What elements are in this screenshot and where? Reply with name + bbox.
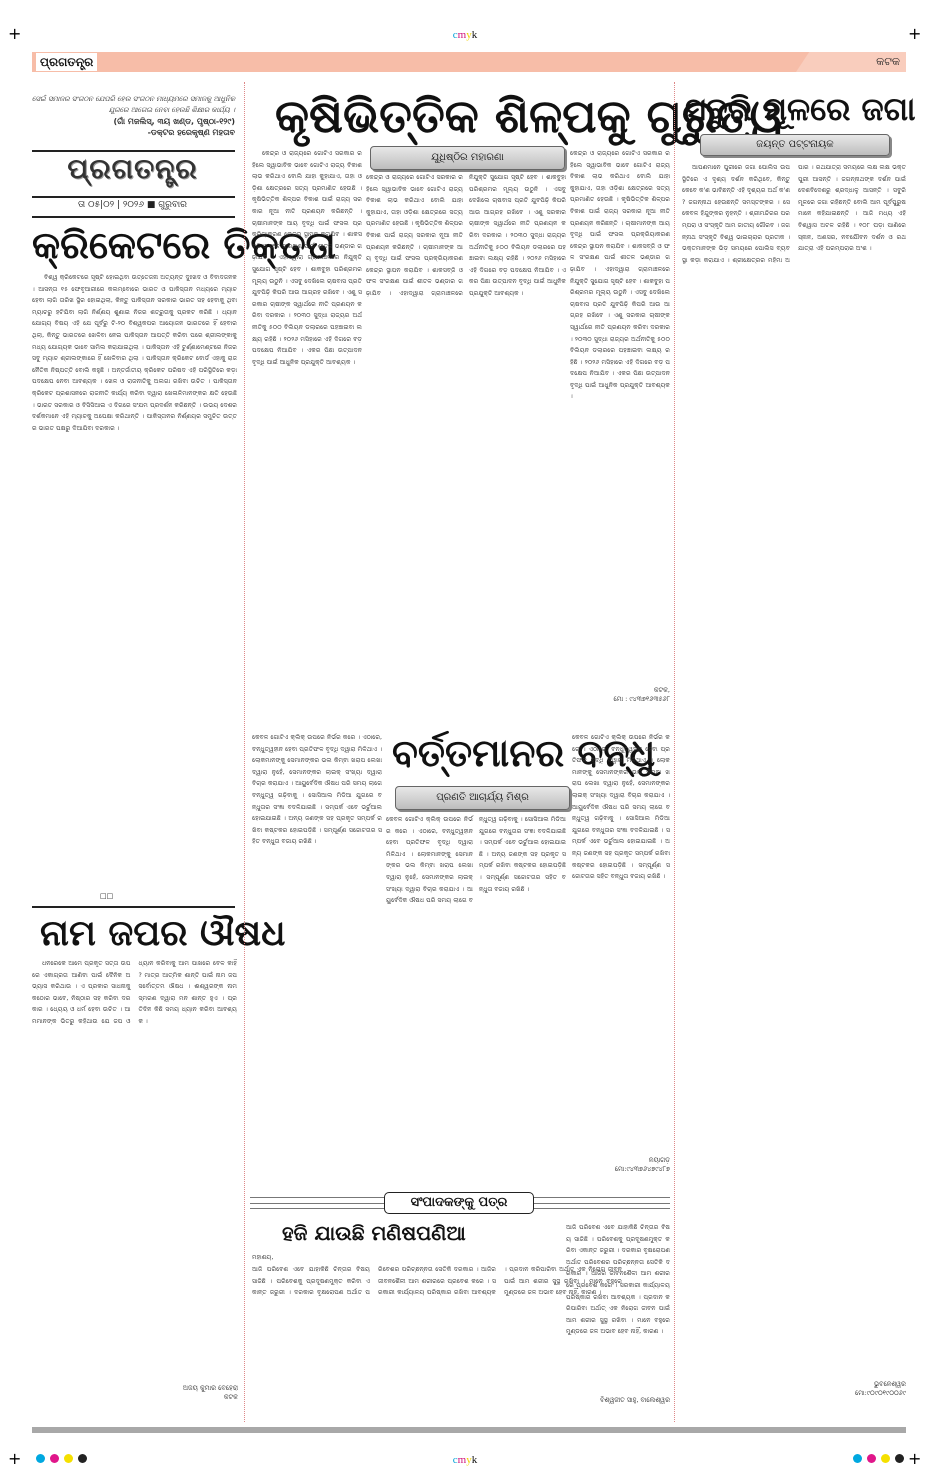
masthead-title: ପ୍ରଗତନ୍ତ୍ର [30,152,235,186]
cyan-dot [853,1454,862,1463]
letter-signature: ବିଶ୍ୱଜୀତ ସାହୁ, ବାଲେଶ୍ୱର [540,1396,670,1405]
second-body-col2: କେବଳ ଗୋଟିଏ କ୍ଲିକ୍ ଉପରେ ନିର୍ଭର କରେ । ଏଠାର… [386,814,566,1172]
spiritual-body: ଧନରେକେ ଆମେ ପ୍ରକୃତ ସତ୍ତା ଉପରେ ଏକାଗ୍ରତା ଆଣ… [32,958,237,1383]
editorial-end-mark: □□ [100,892,113,900]
divider [32,196,235,198]
column-separator [244,82,245,1422]
cmyk-label-bottom: cmyk [0,1454,930,1466]
spiritual-headline: ନାମ ଜପର ଔଷଧ [40,912,286,956]
letter-headline: ହଜି ଯାଉଛି ମଣିଷପଣିଆ [282,1220,466,1246]
footer-bar [32,1427,906,1433]
quote-author: -ଡକ୍ଟର ହରେକୃଷ୍ଣ ମହତାବ [30,127,235,138]
magenta-dot [867,1454,876,1463]
second-body-col3: କେବଳ ଗୋଟିଏ କ୍ଲିକ୍ ଉପରେ ନିର୍ଭର କରେ । ଏଠାର… [572,732,670,1132]
divider [32,216,235,218]
masthead-quote: ସେଇଁ ସମାଜର ସଂଗଠନ ଯେପରି ହେଉ ସଂଗଠନ ମାଧ୍ୟମର… [30,94,235,138]
quote-text: ସେଇଁ ସମାଜର ସଂଗଠନ ଯେପରି ହେଉ ସଂଗଠନ ମାଧ୍ୟମର… [30,94,235,116]
page-header-band: ପ୍ରଗତନ୍ତ୍ର କଟକ [32,52,906,72]
lead-body-col1: କେନ୍ଦ୍ର ଓ ରାଜ୍ୟରେ ଗୋଟିଏ ସରକାର ରହିଲେ ସ୍ୱା… [252,148,362,688]
second-signature: ନୟାଗଡ଼ ମୋ:୯୪୩୭୬୪୭୯୪୮୭ [560,1156,670,1174]
cmyk-label-top: cmyk [0,29,930,41]
quote-source: (ଗାଁ ମଜଲିସ୍, ୩ୟ ଖଣ୍ଡ, ପୃଷ୍ଠା-୧୨୯) [30,116,235,127]
lead-body-col2: କେନ୍ଦ୍ର ଓ ରାଜ୍ୟରେ ଗୋଟିଏ ସରକାର ରହିଲେ ସ୍ୱା… [366,172,566,688]
letter-salutation: ମହାଶୟ, [252,1252,372,1264]
registration-mark-bottom-right: + [908,1451,921,1467]
column-separator [674,82,675,1422]
spiritual-signature: ଅଜୟ କୁମାର ବେହେରା କଟକ [130,1384,238,1402]
editorial-body: ବିଶ୍ୱ କ୍ରିକେଟରେ ସୃଷ୍ଟି ହୋଇଥିବା ଉତ୍ତେଜନା … [32,272,237,894]
header-city: କଟକ [876,54,900,70]
letters-banner-title: ସଂପାଦକଙ୍କୁ ପତ୍ର [384,1192,534,1214]
header-logo: ପ୍ରଗତନ୍ତ୍ର [36,53,97,71]
lead-signature: କଟକ, ମୋ : ୯୪୩୭୧୬୩୫୬୮ [560,686,670,704]
yellow-dot [881,1454,890,1463]
letters-banner: ସଂପାଦକଙ୍କୁ ପତ୍ର [250,1192,670,1214]
right-body: ଆପଣମାନେ ପୁରୀରେ ଜଗା ପୋଲିସ ଉପସ୍ଥିତିରେ ଏ ଦୃ… [682,162,906,1377]
lead-body-col3: କେନ୍ଦ୍ର ଓ ରାଜ୍ୟରେ ଗୋଟିଏ ସରକାର ରହିଲେ ସ୍ୱା… [570,148,670,688]
letter-body-col4: ଆଜି ପରିବେଶ ଏବେ ଯାହାକିଛି ଚିନ୍ତାର ବିଷୟ ସାଜ… [566,1222,670,1382]
black-dot [895,1454,904,1463]
lead-byline: ଯୁଧିଷ୍ଠିର ମହାରଣା [370,146,565,170]
right-byline: ଜୟନ୍ତ ପଟ୍ଟନାୟକ [700,134,890,156]
second-body-col1: କେବଳ ଗୋଟିଏ କ୍ଲିକ୍ ଉପରେ ନିର୍ଭର କରେ । ଏଠାର… [252,732,382,1172]
divider [32,906,235,908]
second-byline: ପ୍ରଣତି ଆଚାର୍ଯ୍ୟ ମିଶ୍ର [395,786,570,810]
right-signature: ଭୁବନେଶ୍ୱର ମୋ:୯୦୯୦୧୯୦୦୬୯ [780,1380,906,1398]
dateline: ତା ୦୫|୦୨ | ୨୦୨୬ ■ ଗୁରୁବାର [30,200,235,210]
right-headline: ସବୁରି ମୂଳରେ ଜଗା [685,88,916,130]
